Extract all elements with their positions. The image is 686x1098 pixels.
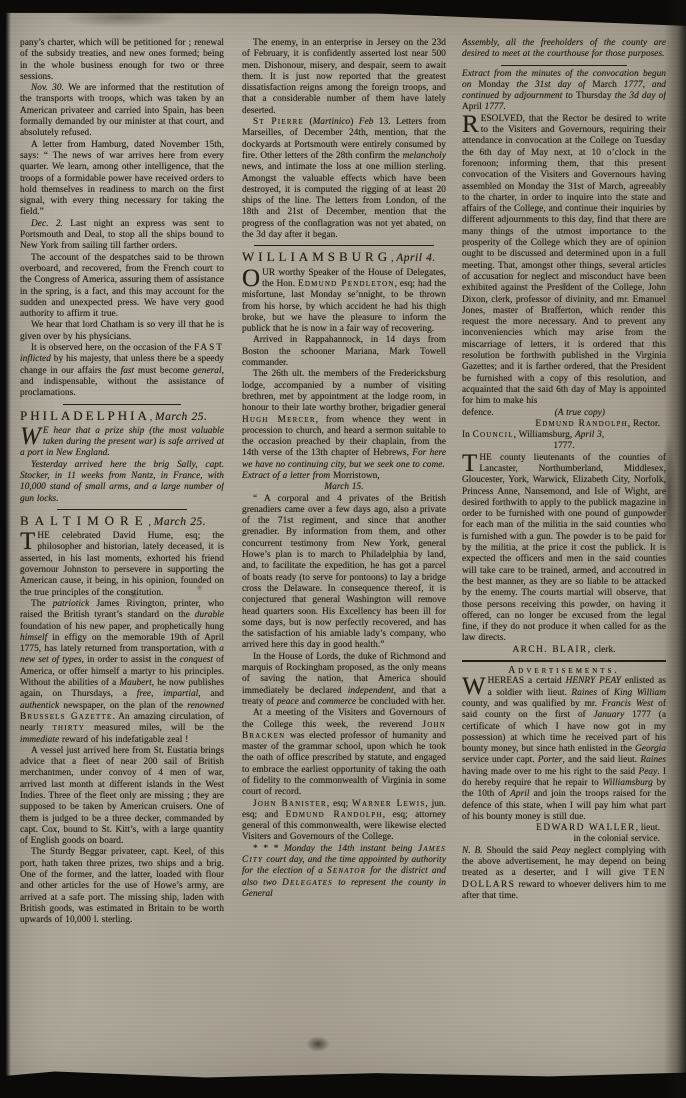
- text-segment: 1777.: [553, 441, 574, 451]
- text-segment: , Williamsburg,: [514, 430, 575, 440]
- text-segment: Delegates: [282, 878, 333, 888]
- horizontal-rule: [462, 660, 666, 662]
- drop-cap: W: [462, 676, 488, 697]
- paragraph: Extract of a letter from Morristown,: [242, 471, 446, 482]
- text-segment: measured miles, will be the: [85, 723, 224, 733]
- dateline-headline: BALTIMORE, March 25.: [20, 515, 224, 529]
- column-1: pany’s charter, which will be petitioned…: [20, 38, 224, 1072]
- paragraph: It is observed here, on the occasion of …: [20, 343, 224, 399]
- text-segment: January: [593, 710, 624, 720]
- paragraph: The enemy, in an enterprise in Jersey on…: [242, 38, 446, 117]
- text-segment: immediate: [20, 735, 59, 745]
- text-segment: Brussels Gazette: [20, 712, 112, 722]
- text-segment: Georgia: [635, 744, 666, 754]
- text-segment: We hear that lord Chatham is so very ill…: [20, 320, 224, 341]
- text-segment: HENRY PEAY: [566, 676, 621, 686]
- text-segment: Raines: [640, 755, 666, 765]
- horizontal-rule: [63, 404, 181, 405]
- text-segment: Porter: [538, 755, 563, 765]
- headline-date: March 25.: [154, 516, 206, 528]
- horizontal-rule: [57, 509, 188, 510]
- paragraph: The patriotick James Rivington, printer,…: [20, 599, 224, 746]
- scan-border-top: [0, 0, 686, 34]
- text-segment: The Sturdy Beggar privateer, capt. Keel,…: [20, 847, 224, 925]
- text-segment: The: [31, 599, 53, 609]
- drop-cap: T: [20, 531, 37, 552]
- text-segment: Warner Lewis: [352, 799, 425, 809]
- text-segment: Council: [473, 430, 514, 440]
- text-segment: March: [592, 80, 617, 90]
- dateline-headline: PHILADELPHIA, March 25.: [20, 410, 224, 424]
- text-segment: commerce: [318, 697, 356, 707]
- text-segment: defence.: [462, 408, 494, 418]
- text-segment: peace: [277, 697, 299, 707]
- text-segment: April 3,: [575, 430, 604, 440]
- paragraph: A letter from Hamburg, dated November 15…: [20, 140, 224, 219]
- drop-cap: O: [242, 268, 262, 289]
- text-segment: newspaper, on the plan of the: [59, 701, 187, 711]
- centered-line: 1777.: [462, 441, 666, 452]
- text-segment: The enemy, in an enterprise in Jersey on…: [242, 38, 446, 116]
- text-segment: thirty: [53, 723, 85, 733]
- text-segment: A letter from Hamburg, dated November 15…: [20, 140, 224, 218]
- text-segment: (: [304, 117, 313, 127]
- text-segment: independent: [348, 686, 394, 696]
- text-segment: 1777,: [617, 80, 652, 90]
- text-segment: Arrived in Rappahannock, in 14 days from…: [242, 335, 446, 368]
- newspaper-page: pany’s charter, which will be petitioned…: [0, 0, 686, 1098]
- text-segment: in effigy on the memorable 19th of April…: [20, 633, 224, 654]
- right-aligned-line: Edmund Randolph, Rector.: [462, 419, 666, 430]
- text-segment: authentick: [20, 701, 59, 711]
- text-segment: Francis West: [602, 699, 654, 709]
- headline-date: April 4.: [396, 252, 436, 264]
- text-segment: ): [350, 117, 359, 127]
- page-edge-shadow: [664, 0, 686, 1098]
- text-segment: , in order to assist in the: [82, 655, 180, 665]
- text-segment: HE celebrated David Hume, esq; the philo…: [20, 531, 224, 597]
- text-segment: Yesterday arrived here the brig Sally, c…: [20, 460, 224, 504]
- paragraph: “ A corporal and 4 privates of the Briti…: [242, 494, 446, 652]
- column-2: The enemy, in an enterprise in Jersey on…: [242, 38, 446, 1072]
- paragraph: THE county lieutenants of the counties o…: [462, 453, 666, 645]
- horizontal-rule: [501, 65, 627, 66]
- headline-city: WILLIAMSBURG: [242, 251, 391, 264]
- paragraph: St Pierre (Martinico) Feb 13. Letters fr…: [242, 117, 446, 241]
- paragraph: * * * Monday the 14th instant being Jame…: [242, 844, 446, 900]
- text-segment: Maubert: [119, 678, 151, 688]
- text-segment: Senator: [327, 866, 366, 876]
- text-segment: Hugh Mercer: [242, 415, 316, 425]
- text-segment: county, and was qualified by mr.: [462, 699, 602, 709]
- text-segment: , Rector.: [628, 419, 660, 429]
- text-segment: , and: [198, 689, 224, 699]
- paragraph: Assembly, all the freeholders of the cou…: [462, 38, 666, 61]
- text-segment: April: [462, 102, 482, 112]
- headline-city: PHILADELPHIA: [20, 410, 150, 423]
- text-segment: ARCH. BLAIR,: [512, 645, 591, 655]
- text-segment: In: [462, 430, 473, 440]
- paragraph: Extract from the minutes of the convocat…: [462, 69, 666, 114]
- text-segment: A vessel just arrived here from St. Eust…: [20, 746, 224, 846]
- paragraph: The Sturdy Beggar privateer, capt. Keel,…: [20, 847, 224, 926]
- text-segment: renowned: [187, 701, 224, 711]
- split-line: defence.(A true copy): [462, 408, 666, 419]
- text-segment: melancholy: [403, 151, 446, 161]
- text-segment: and: [299, 697, 318, 707]
- centered-line: March 15.: [242, 482, 446, 493]
- text-segment: (A true copy): [555, 408, 605, 418]
- text-segment: * * *: [253, 844, 284, 854]
- paragraph: Yesterday arrived here the brig Sally, c…: [20, 460, 224, 505]
- paragraph: RESOLVED, that the Rector be desired to …: [462, 114, 666, 408]
- paragraph: pany’s charter, which will be petitioned…: [20, 38, 224, 83]
- scan-border-bottom: [0, 1071, 686, 1098]
- drop-cap: W: [20, 426, 43, 447]
- horizontal-rule: [254, 245, 434, 246]
- dateline-headline: WILLIAMSBURG, April 4.: [242, 251, 446, 265]
- text-segment: Dec. 2.: [31, 219, 63, 229]
- paragraph: John Banister, esq; Warner Lewis, jun. e…: [242, 799, 446, 844]
- paragraph: WE hear that a prize ship (the most valu…: [20, 426, 224, 460]
- text-segment: ,: [151, 689, 163, 699]
- paragraph: THE celebrated David Hume, esq; the phil…: [20, 531, 224, 599]
- text-segment: inflicted: [20, 354, 51, 364]
- right-aligned-line: EDWARD WALLER, lieut.: [462, 823, 666, 834]
- text-segment: reward of his indefatigable zeal !: [59, 735, 188, 745]
- text-segment: pany’s charter, which will be petitioned…: [20, 38, 224, 82]
- text-segment: King William: [614, 688, 666, 698]
- centered-line: ARCH. BLAIR, clerk.: [462, 645, 666, 656]
- text-segment: Thursday: [576, 91, 612, 101]
- paragraph: Nov. 30. We are informed that the restit…: [20, 83, 224, 139]
- paragraph: Dec. 2. Last night an express was sent t…: [20, 219, 224, 253]
- text-segment: Williamsburg: [602, 778, 652, 788]
- paragraph: Arrived in Rappahannock, in 14 days from…: [242, 335, 446, 369]
- text-segment: in the colonial service.: [573, 834, 660, 844]
- column-3: Assembly, all the freeholders of the cou…: [462, 38, 666, 1072]
- text-segment: Feb: [359, 117, 374, 127]
- paragraph: OUR worthy Speaker of the House of Deleg…: [242, 268, 446, 336]
- text-segment: impartial: [163, 689, 198, 699]
- text-segment: FAST: [194, 343, 224, 353]
- text-segment: N. B.: [462, 846, 483, 856]
- text-segment: Monday the 14th instant being: [284, 844, 418, 854]
- text-segment: John Banister: [253, 799, 327, 809]
- paragraph: A vessel just arrived here from St. Eust…: [20, 746, 224, 848]
- text-segment: Assembly, all the freeholders of the cou…: [462, 38, 666, 59]
- split-left: defence.: [462, 408, 494, 419]
- page-curl-shadow: [60, 6, 180, 28]
- text-segment: Nov. 30.: [31, 83, 64, 93]
- text-segment: the 31st day of: [510, 80, 593, 90]
- right-aligned-line: in the colonial service.: [462, 834, 666, 845]
- text-segment: The 26th ult. the members of the Frederi…: [242, 369, 446, 413]
- text-segment: Peay: [551, 846, 570, 856]
- text-segment: HE county lieutenants of the counties of…: [462, 453, 666, 644]
- text-segment: of: [597, 688, 614, 698]
- text-segment: Edmund Pendleton: [298, 279, 395, 289]
- text-segment: The account of the despatches said to be…: [20, 253, 224, 319]
- headline-date: March 25.: [155, 411, 207, 423]
- text-segment: At a meeting of the Visiters and Governo…: [242, 708, 446, 729]
- paragraph: The account of the despatches said to be…: [20, 253, 224, 321]
- text-segment: March 15.: [324, 482, 363, 492]
- text-segment: ,: [377, 471, 379, 481]
- paragraph: The 26th ult. the members of the Frederi…: [242, 369, 446, 471]
- text-segment: Raines: [571, 688, 597, 698]
- text-segment: It is observed here, on the occasion of …: [31, 343, 194, 353]
- text-segment: having made over to me his right to the …: [462, 767, 638, 777]
- drop-cap: T: [462, 453, 479, 474]
- text-segment: E hear that a prize ship (the most valua…: [20, 426, 224, 459]
- text-segment: foundation of his new paper, and prophet…: [20, 622, 224, 632]
- text-segment: Advertisements.: [508, 665, 620, 676]
- paragraph: N. B. Should the said Peay neglect compl…: [462, 846, 666, 902]
- text-segment: , and the said lieut.: [562, 755, 640, 765]
- text-segment: Morristown: [333, 471, 377, 481]
- paragraph: We hear that lord Chatham is so very ill…: [20, 320, 224, 343]
- text-segment: , esq;: [327, 799, 352, 809]
- paragraph: In the House of Lords, the duke of Richm…: [242, 652, 446, 708]
- text-segment: service under capt.: [462, 755, 538, 765]
- text-segment: HEREAS a certaid: [488, 676, 566, 686]
- text-segment: news, and intimate the loss at one milli…: [242, 162, 446, 240]
- text-segment: April: [510, 789, 529, 799]
- text-segment: Peay: [638, 767, 657, 777]
- text-segment: general: [193, 366, 222, 376]
- paragraph: At a meeting of the Visiters and Governo…: [242, 708, 446, 798]
- text-segment: Edmund Randolph: [286, 810, 383, 820]
- text-segment: 1777.: [482, 102, 506, 112]
- text-segment: St Pierre: [253, 117, 304, 127]
- text-segment: himself: [20, 633, 47, 643]
- text-segment: the 3d day of: [612, 91, 666, 101]
- text-segment: must become: [134, 366, 193, 376]
- headline-city: BALTIMORE: [20, 515, 149, 528]
- paragraph: WHEREAS a certaid HENRY PEAY enlisted as…: [462, 676, 666, 823]
- text-segment: Monday: [478, 80, 509, 90]
- text-segment: ESOLVED, that the Rector be desired to w…: [462, 114, 666, 406]
- text-segment: durable: [195, 610, 224, 620]
- text-segment: conquest: [180, 655, 213, 665]
- paragraph: In Council, Williamsburg, April 3,: [462, 430, 666, 441]
- text-segment: clerk.: [592, 645, 616, 655]
- text-segment: fast: [121, 366, 135, 376]
- text-segment: Martinico: [313, 117, 351, 127]
- text-segment: be concluded with her.: [356, 697, 445, 707]
- text-segment: patriotick: [53, 599, 90, 609]
- scan-border-left: [0, 0, 11, 1098]
- text-segment: free: [137, 689, 151, 699]
- text-segment: “ A corporal and 4 privates of the Briti…: [242, 494, 446, 651]
- text-segment: Extract of a letter from: [242, 471, 333, 481]
- drop-cap: R: [462, 114, 481, 135]
- text-segment: , lieut.: [636, 823, 660, 833]
- text-segment: Should the said: [483, 846, 552, 856]
- centered-line: Advertisements.: [462, 665, 666, 676]
- split-center: (A true copy): [494, 408, 666, 419]
- text-segment: Edmund Randolph: [535, 419, 628, 429]
- text-segment: EDWARD WALLER: [536, 823, 636, 833]
